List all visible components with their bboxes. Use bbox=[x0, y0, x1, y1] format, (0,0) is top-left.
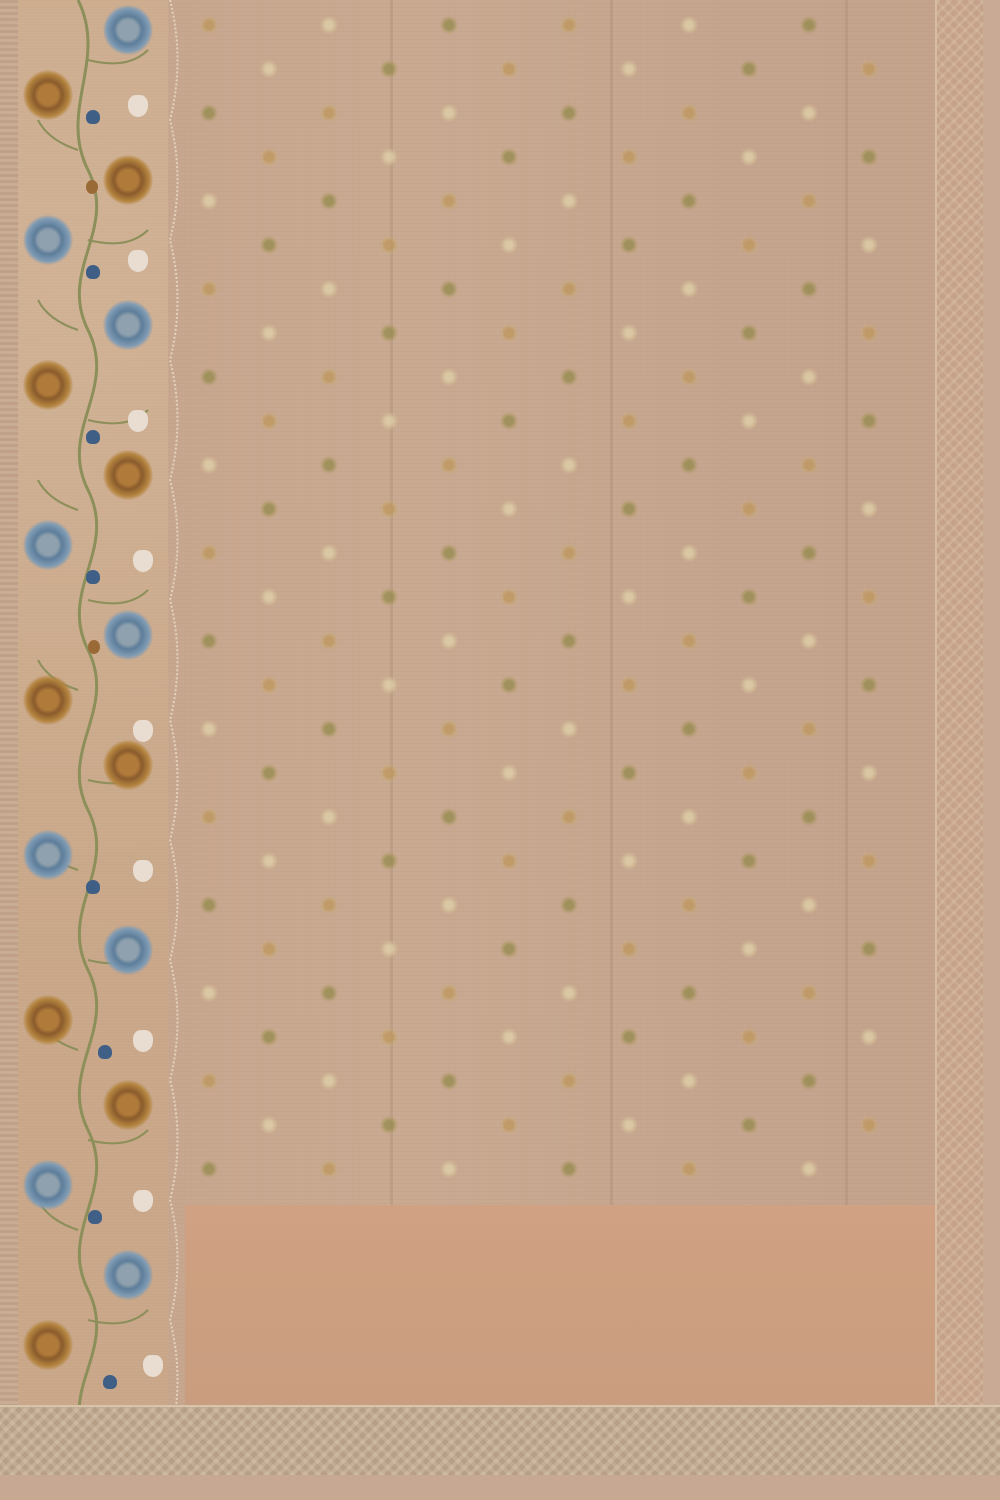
buti-motif-icon bbox=[860, 939, 878, 959]
white-bud-icon bbox=[133, 1030, 153, 1052]
buti-motif-icon bbox=[200, 1071, 218, 1091]
ochre-flower-icon bbox=[103, 1080, 153, 1130]
buti-motif-icon bbox=[320, 103, 338, 123]
buti-motif-icon bbox=[500, 59, 518, 79]
navy-bud-icon bbox=[98, 1045, 112, 1059]
buti-motif-icon bbox=[560, 631, 578, 651]
buti-motif-icon bbox=[260, 147, 278, 167]
buti-motif-icon bbox=[560, 719, 578, 739]
blue-flower-icon bbox=[103, 5, 153, 55]
buti-motif-icon bbox=[860, 411, 878, 431]
buti-motif-icon bbox=[560, 1071, 578, 1091]
buti-motif-icon bbox=[440, 631, 458, 651]
embroidered-floral-border bbox=[18, 0, 168, 1440]
buti-motif-icon bbox=[380, 1027, 398, 1047]
buti-motif-icon bbox=[440, 103, 458, 123]
buti-motif-icon bbox=[260, 851, 278, 871]
buti-motif-icon bbox=[740, 59, 758, 79]
buti-motif-icon bbox=[260, 587, 278, 607]
buti-motif-icon bbox=[680, 895, 698, 915]
navy-bud-icon bbox=[86, 265, 100, 279]
blue-flower-icon bbox=[23, 520, 73, 570]
buti-motif-icon bbox=[440, 719, 458, 739]
buti-motif-icon bbox=[380, 1115, 398, 1135]
buti-motif-icon bbox=[680, 1071, 698, 1091]
buti-motif-icon bbox=[260, 499, 278, 519]
buti-motif-icon bbox=[200, 719, 218, 739]
buti-motif-icon bbox=[560, 279, 578, 299]
buti-motif-icon bbox=[200, 103, 218, 123]
buti-motif-icon bbox=[620, 1115, 638, 1135]
white-bud-icon bbox=[128, 250, 148, 272]
buti-motif-icon bbox=[860, 675, 878, 695]
buti-motif-icon bbox=[740, 411, 758, 431]
blue-flower-icon bbox=[103, 925, 153, 975]
buti-motif-icon bbox=[260, 323, 278, 343]
buti-motif-icon bbox=[260, 939, 278, 959]
buti-motif-icon bbox=[560, 367, 578, 387]
buti-motif-icon bbox=[320, 631, 338, 651]
buti-motif-icon bbox=[320, 543, 338, 563]
buti-motif-icon bbox=[680, 543, 698, 563]
buti-motif-icon bbox=[740, 235, 758, 255]
buti-motif-icon bbox=[440, 15, 458, 35]
buti-motif-icon bbox=[500, 411, 518, 431]
buti-motif-icon bbox=[740, 675, 758, 695]
white-bud-icon bbox=[133, 550, 153, 572]
buti-motif-icon bbox=[440, 543, 458, 563]
brown-bud-icon bbox=[88, 640, 100, 654]
buti-motif-icon bbox=[860, 235, 878, 255]
ochre-flower-icon bbox=[103, 450, 153, 500]
buti-motif-icon bbox=[680, 455, 698, 475]
buti-motif-icon bbox=[680, 103, 698, 123]
navy-bud-icon bbox=[86, 110, 100, 124]
buti-motif-icon bbox=[440, 455, 458, 475]
buti-motif-icon bbox=[320, 455, 338, 475]
buti-motif-icon bbox=[680, 719, 698, 739]
buti-motif-icon bbox=[740, 587, 758, 607]
buti-motif-icon bbox=[860, 59, 878, 79]
buti-motif-icon bbox=[320, 279, 338, 299]
buti-motif-icon bbox=[260, 235, 278, 255]
buti-motif-icon bbox=[860, 147, 878, 167]
buti-motif-icon bbox=[560, 543, 578, 563]
right-zigzag-border bbox=[935, 0, 987, 1475]
buti-motif-icon bbox=[740, 1115, 758, 1135]
buti-motif-icon bbox=[620, 587, 638, 607]
buti-motif-icon bbox=[380, 675, 398, 695]
navy-bud-icon bbox=[86, 430, 100, 444]
white-bud-icon bbox=[128, 95, 148, 117]
buti-motif-icon bbox=[200, 895, 218, 915]
buti-motif-icon bbox=[560, 455, 578, 475]
blue-flower-icon bbox=[23, 830, 73, 880]
buti-motif-icon bbox=[260, 1115, 278, 1135]
ochre-flower-icon bbox=[103, 740, 153, 790]
buti-motif-icon bbox=[200, 279, 218, 299]
buti-motif-icon bbox=[320, 719, 338, 739]
buti-motif-icon bbox=[440, 807, 458, 827]
blue-flower-icon bbox=[103, 1250, 153, 1300]
buti-motif-icon bbox=[500, 675, 518, 695]
white-bud-icon bbox=[133, 720, 153, 742]
bottom-zigzag-border bbox=[0, 1405, 1000, 1479]
buti-motif-icon bbox=[680, 191, 698, 211]
buti-motif-icon bbox=[800, 631, 818, 651]
buti-motif-icon bbox=[320, 983, 338, 1003]
buti-motif-icon bbox=[620, 763, 638, 783]
buti-motif-icon bbox=[320, 1071, 338, 1091]
buti-motif-icon bbox=[680, 279, 698, 299]
ochre-flower-icon bbox=[23, 995, 73, 1045]
buti-motif-icon bbox=[680, 983, 698, 1003]
buti-motif-icon bbox=[440, 191, 458, 211]
buti-motif-icon bbox=[500, 235, 518, 255]
buti-motif-icon bbox=[200, 367, 218, 387]
buti-motif-icon bbox=[620, 939, 638, 959]
buti-motif-icon bbox=[740, 147, 758, 167]
buti-motif-icon bbox=[200, 807, 218, 827]
buti-motif-icon bbox=[620, 411, 638, 431]
navy-bud-icon bbox=[86, 570, 100, 584]
buti-motif-icon bbox=[620, 675, 638, 695]
buti-motif-icon bbox=[320, 807, 338, 827]
buti-motif-icon bbox=[440, 1159, 458, 1179]
right-selvedge bbox=[983, 0, 1000, 1500]
blue-flower-icon bbox=[103, 300, 153, 350]
saree-fabric-photo bbox=[0, 0, 1000, 1500]
buti-motif-icon bbox=[620, 147, 638, 167]
buti-motif-icon bbox=[560, 807, 578, 827]
buti-motif-icon bbox=[260, 675, 278, 695]
buti-motif-icon bbox=[860, 587, 878, 607]
buti-motif-icon bbox=[800, 807, 818, 827]
buti-motif-icon bbox=[320, 895, 338, 915]
white-bud-icon bbox=[128, 410, 148, 432]
buti-motif-icon bbox=[800, 543, 818, 563]
buti-motif-icon bbox=[800, 1071, 818, 1091]
buti-motif-icon bbox=[200, 983, 218, 1003]
buti-motif-icon bbox=[380, 587, 398, 607]
buti-motif-icon bbox=[560, 15, 578, 35]
buti-motif-icon bbox=[380, 499, 398, 519]
white-bud-icon bbox=[133, 1190, 153, 1212]
buti-motif-icon bbox=[380, 147, 398, 167]
buti-motif-icon bbox=[440, 983, 458, 1003]
buti-motif-icon bbox=[500, 763, 518, 783]
buti-motif-icon bbox=[680, 807, 698, 827]
buti-motif-icon bbox=[500, 147, 518, 167]
buti-motif-icon bbox=[320, 1159, 338, 1179]
buti-motif-icon bbox=[800, 895, 818, 915]
buti-motif-icon bbox=[620, 851, 638, 871]
buti-motif-icon bbox=[320, 367, 338, 387]
blue-flower-icon bbox=[23, 215, 73, 265]
buti-motif-icon bbox=[200, 191, 218, 211]
buti-motif-icon bbox=[260, 411, 278, 431]
buti-motif-icon bbox=[740, 499, 758, 519]
buti-motif-icon bbox=[740, 1027, 758, 1047]
ochre-flower-icon bbox=[23, 360, 73, 410]
buti-motif-icon bbox=[680, 1159, 698, 1179]
buti-motif-icon bbox=[800, 191, 818, 211]
buti-motif-icon bbox=[620, 235, 638, 255]
left-selvedge bbox=[0, 0, 20, 1500]
buti-motif-icon bbox=[560, 191, 578, 211]
buti-motif-icon bbox=[800, 719, 818, 739]
buti-motif-icon bbox=[800, 1159, 818, 1179]
buti-motif-icon bbox=[260, 1027, 278, 1047]
buti-motif-icon bbox=[800, 279, 818, 299]
buti-motif-icon bbox=[200, 543, 218, 563]
blue-flower-icon bbox=[103, 610, 153, 660]
buti-motif-icon bbox=[500, 587, 518, 607]
buti-motif-icon bbox=[380, 59, 398, 79]
buti-motif-icon bbox=[500, 499, 518, 519]
buti-motif-icon bbox=[380, 851, 398, 871]
buti-motif-icon bbox=[380, 411, 398, 431]
buti-motif-icon bbox=[800, 455, 818, 475]
buti-motif-icon bbox=[860, 323, 878, 343]
buti-motif-icon bbox=[560, 895, 578, 915]
buti-motif-icon bbox=[800, 15, 818, 35]
buti-motif-icon bbox=[440, 1071, 458, 1091]
buti-motif-icon bbox=[740, 763, 758, 783]
buti-motif-icon bbox=[560, 983, 578, 1003]
white-bud-icon bbox=[133, 860, 153, 882]
buti-motif-icon bbox=[620, 1027, 638, 1047]
buti-motif-icon bbox=[500, 1115, 518, 1135]
buti-motif-icon bbox=[200, 631, 218, 651]
buti-motif-icon bbox=[500, 323, 518, 343]
buti-motif-icon bbox=[380, 939, 398, 959]
buti-motif-icon bbox=[500, 851, 518, 871]
buti-motif-icon bbox=[860, 499, 878, 519]
buti-motif-icon bbox=[800, 367, 818, 387]
buti-motif-icon bbox=[860, 763, 878, 783]
bottom-edge bbox=[0, 1475, 1000, 1500]
navy-bud-icon bbox=[103, 1375, 117, 1389]
buti-motif-icon bbox=[200, 455, 218, 475]
buti-motif-icon bbox=[380, 235, 398, 255]
navy-bud-icon bbox=[86, 880, 100, 894]
buti-motif-icon bbox=[680, 631, 698, 651]
buti-motif-icon bbox=[440, 895, 458, 915]
brown-bud-icon bbox=[86, 180, 98, 194]
ochre-flower-icon bbox=[23, 675, 73, 725]
buti-motif-icon bbox=[380, 763, 398, 783]
buti-motif-icon bbox=[620, 323, 638, 343]
blue-flower-icon bbox=[23, 1160, 73, 1210]
buti-motif-icon bbox=[380, 323, 398, 343]
buti-motif-icon bbox=[500, 1027, 518, 1047]
buti-motif-icon bbox=[560, 1159, 578, 1179]
buti-motif-icon bbox=[620, 499, 638, 519]
buti-motif-icon bbox=[800, 103, 818, 123]
buti-motif-icon bbox=[440, 367, 458, 387]
buti-motif-icon bbox=[680, 367, 698, 387]
buti-motif-icon bbox=[740, 323, 758, 343]
buti-motif-icon bbox=[440, 279, 458, 299]
buti-motif-icon bbox=[800, 983, 818, 1003]
buti-motif-icon bbox=[260, 59, 278, 79]
buti-motif-icon bbox=[740, 851, 758, 871]
buti-motif-icon bbox=[200, 1159, 218, 1179]
buti-motif-icon bbox=[860, 851, 878, 871]
buti-motif-icon bbox=[860, 1027, 878, 1047]
buti-motif-icon bbox=[320, 191, 338, 211]
buti-motif-icon bbox=[560, 103, 578, 123]
buti-motif-icon bbox=[200, 15, 218, 35]
buti-motif-icon bbox=[620, 59, 638, 79]
ochre-flower-icon bbox=[103, 155, 153, 205]
buti-motif-icon bbox=[740, 939, 758, 959]
buti-motif-icon bbox=[500, 939, 518, 959]
buti-motif-icon bbox=[860, 1115, 878, 1135]
buti-motif-icon bbox=[320, 15, 338, 35]
buti-motif-icon bbox=[260, 763, 278, 783]
pallu-band bbox=[185, 1205, 940, 1410]
ochre-flower-icon bbox=[23, 1320, 73, 1370]
ochre-flower-icon bbox=[23, 70, 73, 120]
buti-motif-icon bbox=[680, 15, 698, 35]
navy-bud-icon bbox=[88, 1210, 102, 1224]
